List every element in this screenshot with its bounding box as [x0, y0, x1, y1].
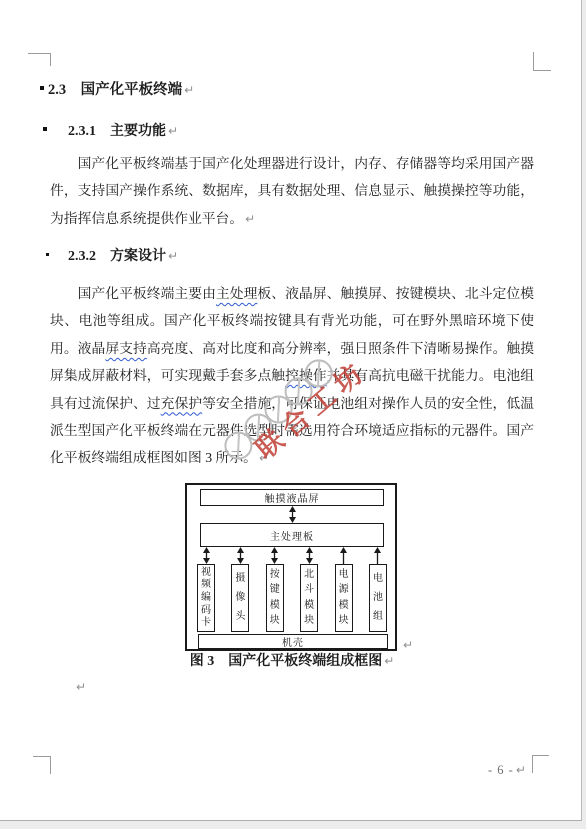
diagram-box-mainboard: 主处理板 [200, 523, 384, 547]
module-label-char: 块 [339, 616, 349, 626]
text-boundary-mark-bottom-left [33, 756, 51, 774]
module-label-char: 频 [201, 580, 211, 590]
module-label-char: 卡 [201, 618, 211, 628]
diagram-module: 视频编码卡 [197, 547, 215, 632]
spellcheck-underlined-text: 主处理 [216, 286, 258, 301]
empty-paragraph-return-mark: ↵ [74, 680, 86, 694]
heading-square-mark [46, 253, 49, 256]
diagram-module-box: 摄像头 [231, 564, 249, 632]
module-label-char: 视 [201, 568, 211, 578]
paragraph-return-mark: ↵ [182, 83, 194, 97]
module-label-char: 模 [304, 601, 314, 611]
page-number: - 6 -↵ [488, 763, 527, 778]
diagram-module-box: 北斗模块 [300, 564, 318, 632]
diagram-module-box: 电源模块 [335, 564, 353, 632]
module-label-char: 头 [235, 612, 245, 622]
paragraph-text: 国产化平板终端主要由 [78, 286, 216, 301]
paragraph-text: 国产化平板终端基于国产化处理器进行设计，内存、存储器等均采用国产器件，支持国产操… [50, 156, 534, 226]
diagram-module: 北斗模块 [300, 547, 318, 632]
paragraph-return-mark: ↵ [243, 212, 255, 226]
diagram-box-touch-lcd: 触摸液晶屏 [200, 489, 384, 506]
module-label-char: 键 [270, 585, 280, 595]
text-boundary-mark-bottom-right [532, 755, 549, 773]
module-label-char: 像 [235, 593, 245, 603]
diagram-module: 电池组 [369, 547, 387, 632]
heading-square-mark [40, 86, 44, 90]
module-label-char: 按 [270, 570, 280, 580]
module-label-char: 电 [339, 570, 349, 580]
diagram-module-box: 电池组 [369, 564, 387, 632]
text-boundary-mark-top-left [28, 53, 51, 66]
module-label-char: 摄 [235, 574, 245, 584]
page-number-text: - 6 - [488, 763, 514, 777]
paragraph-return-mark: ↵ [166, 124, 178, 138]
spellcheck-underlined-text: 屏支持 [105, 341, 147, 356]
caption-text: 图 3 国产化平板终端组成框图 [190, 654, 383, 669]
section-heading-2-3-1: 2.3.1 主要功能↵ [68, 120, 178, 140]
bidirectional-arrow-icon [235, 547, 246, 564]
section-heading-2-3-2: 2.3.2 方案设计↵ [68, 245, 178, 265]
module-label-char: 组 [373, 612, 383, 622]
paragraph-return-mark: ↵ [382, 654, 394, 668]
diagram-module: 摄像头 [231, 547, 249, 632]
diagram-module: 电源模块 [335, 547, 353, 632]
module-label-char: 码 [201, 606, 211, 616]
section-heading-2-3: 2.3 国产化平板终端↵ [48, 78, 194, 99]
paragraph-return-mark: ↵ [166, 249, 178, 263]
document-page: 2.3 国产化平板终端↵ 2.3.1 主要功能↵ 国产化平板终端基于国产化处理器… [0, 0, 582, 821]
diagram-module-box: 按键模块 [266, 564, 284, 632]
bidirectional-arrow-icon [201, 547, 212, 564]
bidirectional-arrow-icon [269, 547, 280, 564]
heading-square-mark [43, 127, 47, 131]
diagram-module-box: 视频编码卡 [197, 564, 215, 632]
paragraph-main-functions: 国产化平板终端基于国产化处理器进行设计，内存、存储器等均采用国产器件，支持国产操… [50, 150, 534, 233]
module-label-char: 北 [304, 570, 314, 580]
diagram-module: 按键模块 [266, 547, 284, 632]
diagram-box-chassis: 机壳 [198, 634, 388, 649]
figure-caption: 图 3 国产化平板终端组成框图↵ [50, 650, 534, 670]
heading-text: 2.3 国产化平板终端 [48, 82, 182, 98]
module-label-char: 模 [270, 601, 280, 611]
tablet-composition-diagram: 触摸液晶屏 主处理板 视频编码卡摄像头按键模块北斗模块电源模块电池组 机壳 [185, 483, 397, 651]
up-arrow-icon [338, 547, 349, 564]
up-arrow-icon [372, 547, 383, 564]
module-label-char: 编 [201, 593, 211, 603]
module-label-char: 池 [373, 593, 383, 603]
heading-text: 2.3.1 主要功能 [68, 124, 166, 139]
bidirectional-arrow-icon [304, 547, 315, 564]
module-label-char: 斗 [304, 585, 314, 595]
module-label-char: 电 [373, 574, 383, 584]
diagram-module-row: 视频编码卡摄像头按键模块北斗模块电源模块电池组 [197, 547, 387, 632]
paragraph-return-mark: ↵ [514, 763, 527, 777]
module-label-char: 源 [339, 585, 349, 595]
module-label-char: 模 [339, 601, 349, 611]
module-label-char: 块 [270, 616, 280, 626]
heading-text: 2.3.2 方案设计 [68, 249, 166, 264]
spellcheck-underlined-text: 充保护 [161, 396, 203, 411]
module-label-char: 块 [304, 616, 314, 626]
text-boundary-mark-top-right [533, 52, 551, 71]
bidirectional-arrow-icon [287, 506, 298, 523]
